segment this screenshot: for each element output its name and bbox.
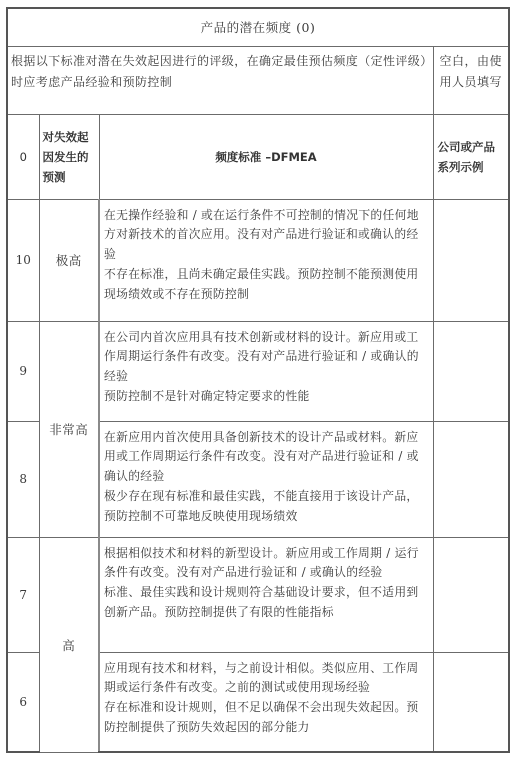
criteria-cell: 在无操作经验和 / 或在运行条件不可控制的情况下的任何地方对新技术的首次应用。没… (99, 199, 433, 321)
criteria-cell: 在公司内首次应用具有技术创新或材料的设计。新应用或工作周期运行条件有改变。没有对… (99, 321, 433, 421)
criteria-text: 根据相似技术和材料的新型设计。新应用或工作周期 / 运行条件有改变。没有对产品进… (104, 544, 431, 584)
intro-text: 根据以下标准对潜在失效起因进行的评级，在确定最佳预估频度（定性评级）时应考虑产品… (7, 46, 433, 114)
criteria-text: 在无操作经验和 / 或在运行条件不可控制的情况下的任何地方对新技术的首次应用。没… (104, 206, 431, 265)
rank-cell: 6 (7, 652, 39, 752)
header-example: 公司或产品系列示例 (433, 114, 509, 199)
level-extreme: 极高 (39, 199, 99, 321)
title-row: 产品的潜在频度 (0) (7, 8, 509, 46)
criteria-cell: 在新应用内首次使用具备创新技术的设计产品或材料。新应用或工作周期运行条件有改变。… (99, 421, 433, 537)
example-cell (433, 537, 509, 652)
criteria-text: 预防控制不是针对确定特定要求的性能 (104, 387, 431, 407)
criteria-cell: 应用现有技术和材料，与之前设计相似。类似应用、工作周期或运行条件有改变。之前的测… (99, 652, 433, 752)
table-row: 7 高 根据相似技术和材料的新型设计。新应用或工作周期 / 运行条件有改变。没有… (7, 537, 509, 652)
header-criteria: 频度标准 –DFMEA (99, 114, 433, 199)
header-row: 0 对失效起因发生的预测 频度标准 –DFMEA 公司或产品系列示例 (7, 114, 509, 199)
header-rank: 0 (7, 114, 39, 199)
blank-note: 空白，由使用人员填写 (433, 46, 509, 114)
level-very-high: 非常高 (39, 321, 99, 537)
rank-cell: 9 (7, 321, 39, 421)
occurrence-criteria-table: 产品的潜在频度 (0) 根据以下标准对潜在失效起因进行的评级，在确定最佳预估频度… (6, 7, 510, 753)
criteria-text: 在新应用内首次使用具备创新技术的设计产品或材料。新应用或工作周期运行条件有改变。… (104, 428, 431, 487)
rank-cell: 7 (7, 537, 39, 652)
table-row: 10 极高 在无操作经验和 / 或在运行条件不可控制的情况下的任何地方对新技术的… (7, 199, 509, 321)
criteria-text: 应用现有技术和材料，与之前设计相似。类似应用、工作周期或运行条件有改变。之前的测… (104, 659, 431, 699)
criteria-text: 不存在标准，且尚未确定最佳实践。预防控制不能预测使用现场绩效或不存在预防控制 (104, 265, 431, 305)
criteria-text: 极少存在现有标准和最佳实践，不能直接用于该设计产品，预防控制不可靠地反映使用现场… (104, 487, 431, 527)
table-title: 产品的潜在频度 (0) (7, 8, 509, 46)
level-high: 高 (39, 537, 99, 752)
example-cell (433, 321, 509, 421)
rank-cell: 10 (7, 199, 39, 321)
header-prediction: 对失效起因发生的预测 (39, 114, 99, 199)
rank-cell: 8 (7, 421, 39, 537)
example-cell (433, 652, 509, 752)
criteria-text: 在公司内首次应用具有技术创新或材料的设计。新应用或工作周期运行条件有改变。没有对… (104, 328, 431, 387)
example-cell (433, 421, 509, 537)
criteria-text: 标准、最佳实践和设计规则符合基础设计要求，但不适用到创新产品。预防控制提供了有限… (104, 583, 431, 623)
table-row: 9 非常高 在公司内首次应用具有技术创新或材料的设计。新应用或工作周期运行条件有… (7, 321, 509, 421)
intro-row: 根据以下标准对潜在失效起因进行的评级，在确定最佳预估频度（定性评级）时应考虑产品… (7, 46, 509, 114)
criteria-cell: 根据相似技术和材料的新型设计。新应用或工作周期 / 运行条件有改变。没有对产品进… (99, 537, 433, 652)
criteria-text: 存在标准和设计规则，但不足以确保不会出现失效起因。预防控制提供了预防失效起因的部… (104, 698, 431, 738)
example-cell (433, 199, 509, 321)
